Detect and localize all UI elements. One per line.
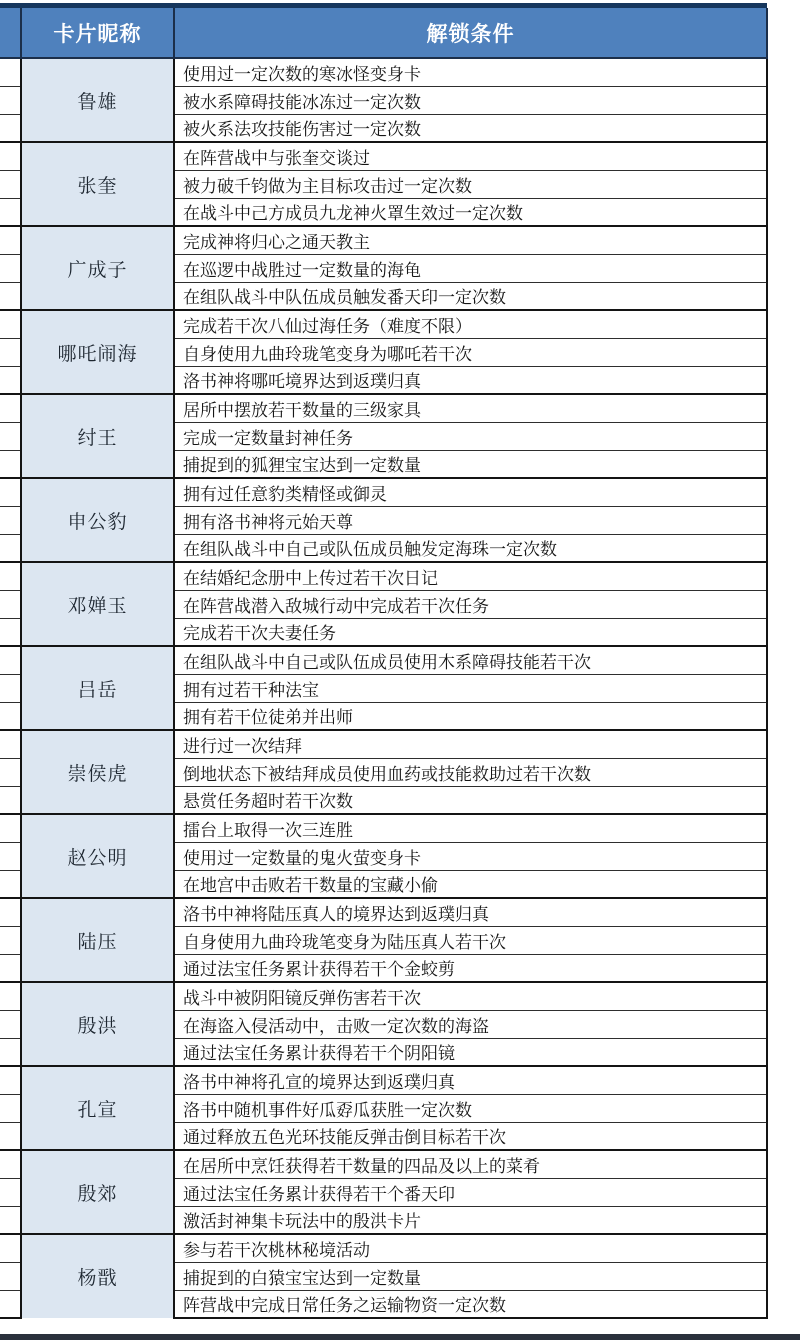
row-number-cell-partial bbox=[0, 170, 21, 198]
row-number-cell-partial bbox=[0, 1178, 21, 1206]
row-number-cell-partial bbox=[0, 674, 21, 702]
unlock-condition-cell: 在阵营战潜入敌城行动中完成若干次任务 bbox=[174, 590, 767, 618]
card-condition-row: 吕岳在组队战斗中自己或队伍成员使用木系障碍技能若干次 bbox=[0, 646, 767, 674]
unlock-condition-cell: 在组队战斗中队伍成员触发番天印一定次数 bbox=[174, 282, 767, 310]
row-number-cell-partial bbox=[0, 450, 21, 478]
unlock-condition-cell: 倒地状态下被结拜成员使用血药或技能救助过若干次数 bbox=[174, 758, 767, 786]
unlock-condition-cell: 通过法宝任务累计获得若干个金蛟剪 bbox=[174, 954, 767, 982]
unlock-condition-cell: 在巡逻中战胜过一定数量的海龟 bbox=[174, 254, 767, 282]
row-number-cell-partial bbox=[0, 1122, 21, 1150]
row-number-cell-partial bbox=[0, 86, 21, 114]
row-number-cell-partial bbox=[0, 870, 21, 898]
row-number-cell-partial bbox=[0, 1234, 21, 1262]
unlock-condition-cell: 捕捉到的白猿宝宝达到一定数量 bbox=[174, 1262, 767, 1290]
row-number-cell-partial bbox=[0, 1010, 21, 1038]
card-name-cell: 殷郊 bbox=[21, 1150, 174, 1234]
unlock-condition-cell: 居所中摆放若干数量的三级家具 bbox=[174, 394, 767, 422]
row-number-cell-partial bbox=[0, 338, 21, 366]
row-number-cell-partial bbox=[0, 394, 21, 422]
unlock-condition-cell: 被火系法攻技能伤害过一定次数 bbox=[174, 114, 767, 142]
row-number-cell-partial bbox=[0, 842, 21, 870]
unlock-condition-cell: 使用过一定数量的鬼火萤变身卡 bbox=[174, 842, 767, 870]
unlock-condition-cell: 通过释放五色光环技能反弹击倒目标若干次 bbox=[174, 1122, 767, 1150]
row-number-cell-partial bbox=[0, 422, 21, 450]
card-name-cell: 张奎 bbox=[21, 142, 174, 226]
unlock-condition-cell: 完成若干次夫妻任务 bbox=[174, 618, 767, 646]
card-name-cell: 广成子 bbox=[21, 226, 174, 310]
row-number-cell-partial bbox=[0, 198, 21, 226]
unlock-condition-cell: 在结婚纪念册中上传过若干次日记 bbox=[174, 562, 767, 590]
card-condition-row: 申公豹拥有过任意豹类精怪或御灵 bbox=[0, 478, 767, 506]
card-condition-row: 崇侯虎进行过一次结拜 bbox=[0, 730, 767, 758]
unlock-condition-cell: 悬赏任务超时若干次数 bbox=[174, 786, 767, 814]
unlock-condition-cell: 拥有洛书神将元始天尊 bbox=[174, 506, 767, 534]
card-condition-row: 杨戬参与若干次桃林秘境活动 bbox=[0, 1234, 767, 1262]
unlock-condition-cell: 参与若干次桃林秘境活动 bbox=[174, 1234, 767, 1262]
unlock-condition-cell: 在地宫中击败若干数量的宝藏小偷 bbox=[174, 870, 767, 898]
row-number-cell-partial bbox=[0, 478, 21, 506]
unlock-condition-cell: 擂台上取得一次三连胜 bbox=[174, 814, 767, 842]
unlock-condition-cell: 洛书中神将孔宣的境界达到返璞归真 bbox=[174, 1066, 767, 1094]
row-number-cell-partial bbox=[0, 814, 21, 842]
table-header-row: 卡片昵称 解锁条件 bbox=[0, 8, 767, 58]
unlock-condition-cell: 在海盗入侵活动中，击败一定次数的海盗 bbox=[174, 1010, 767, 1038]
row-number-cell-partial bbox=[0, 1066, 21, 1094]
card-name-cell: 鲁雄 bbox=[21, 58, 174, 142]
row-number-cell-partial bbox=[0, 506, 21, 534]
unlock-condition-cell: 拥有若干位徒弟并出师 bbox=[174, 702, 767, 730]
card-name-cell: 吕岳 bbox=[21, 646, 174, 730]
card-name-cell: 杨戬 bbox=[21, 1234, 174, 1318]
unlock-condition-cell: 完成神将归心之通天教主 bbox=[174, 226, 767, 254]
row-number-cell-partial bbox=[0, 254, 21, 282]
card-condition-row: 广成子完成神将归心之通天教主 bbox=[0, 226, 767, 254]
row-number-cell-partial bbox=[0, 758, 21, 786]
unlock-condition-cell: 通过法宝任务累计获得若干个阴阳镜 bbox=[174, 1038, 767, 1066]
unlock-condition-cell: 在组队战斗中自己或队伍成员触发定海珠一定次数 bbox=[174, 534, 767, 562]
row-number-cell-partial bbox=[0, 1150, 21, 1178]
card-condition-row: 孔宣洛书中神将孔宣的境界达到返璞归真 bbox=[0, 1066, 767, 1094]
unlock-condition-cell: 拥有过若干种法宝 bbox=[174, 674, 767, 702]
card-unlock-table-wrap: 卡片昵称 解锁条件 鲁雄使用过一定次数的寒冰怪变身卡被水系障碍技能冰冻过一定次数… bbox=[0, 3, 767, 1319]
card-condition-row: 鲁雄使用过一定次数的寒冰怪变身卡 bbox=[0, 58, 767, 86]
card-name-cell: 陆压 bbox=[21, 898, 174, 982]
unlock-condition-cell: 捕捉到的狐狸宝宝达到一定数量 bbox=[174, 450, 767, 478]
card-name-cell: 殷洪 bbox=[21, 982, 174, 1066]
unlock-condition-cell: 进行过一次结拜 bbox=[174, 730, 767, 758]
row-number-cell-partial bbox=[0, 142, 21, 170]
row-number-cell-partial bbox=[0, 926, 21, 954]
unlock-condition-cell: 在战斗中己方成员九龙神火罩生效过一定次数 bbox=[174, 198, 767, 226]
unlock-condition-cell: 战斗中被阴阳镜反弹伤害若干次 bbox=[174, 982, 767, 1010]
unlock-conditions-page: 卡片昵称 解锁条件 鲁雄使用过一定次数的寒冰怪变身卡被水系障碍技能冰冻过一定次数… bbox=[0, 0, 800, 1340]
row-number-cell-partial bbox=[0, 982, 21, 1010]
unlock-condition-cell: 自身使用九曲玲珑笔变身为陆压真人若干次 bbox=[174, 926, 767, 954]
unlock-condition-cell: 被水系障碍技能冰冻过一定次数 bbox=[174, 86, 767, 114]
unlock-condition-cell: 在组队战斗中自己或队伍成员使用木系障碍技能若干次 bbox=[174, 646, 767, 674]
card-name-cell: 邓婵玉 bbox=[21, 562, 174, 646]
card-name-cell: 申公豹 bbox=[21, 478, 174, 562]
row-number-cell-partial bbox=[0, 730, 21, 758]
row-number-cell-partial bbox=[0, 702, 21, 730]
row-number-cell-partial bbox=[0, 1290, 21, 1318]
card-condition-row: 殷郊在居所中烹饪获得若干数量的四品及以上的菜肴 bbox=[0, 1150, 767, 1178]
unlock-condition-cell: 激活封神集卡玩法中的殷洪卡片 bbox=[174, 1206, 767, 1234]
row-number-cell-partial bbox=[0, 282, 21, 310]
card-condition-row: 赵公明擂台上取得一次三连胜 bbox=[0, 814, 767, 842]
card-condition-row: 陆压洛书中神将陆压真人的境界达到返璞归真 bbox=[0, 898, 767, 926]
row-number-cell-partial bbox=[0, 310, 21, 338]
unlock-condition-cell: 通过法宝任务累计获得若干个番天印 bbox=[174, 1178, 767, 1206]
row-number-cell-partial bbox=[0, 954, 21, 982]
next-section-edge bbox=[0, 1334, 800, 1340]
row-number-cell-partial bbox=[0, 114, 21, 142]
unlock-condition-cell: 自身使用九曲玲珑笔变身为哪吒若干次 bbox=[174, 338, 767, 366]
header-cell-partial bbox=[0, 8, 21, 58]
card-name-cell: 孔宣 bbox=[21, 1066, 174, 1150]
unlock-condition-cell: 洛书中随机事件好瓜孬瓜获胜一定次数 bbox=[174, 1094, 767, 1122]
row-number-cell-partial bbox=[0, 646, 21, 674]
card-unlock-table: 卡片昵称 解锁条件 鲁雄使用过一定次数的寒冰怪变身卡被水系障碍技能冰冻过一定次数… bbox=[0, 8, 768, 1319]
row-number-cell-partial bbox=[0, 1094, 21, 1122]
row-number-cell-partial bbox=[0, 590, 21, 618]
row-number-cell-partial bbox=[0, 1206, 21, 1234]
row-number-cell-partial bbox=[0, 618, 21, 646]
card-condition-row: 邓婵玉在结婚纪念册中上传过若干次日记 bbox=[0, 562, 767, 590]
unlock-condition-cell: 完成若干次八仙过海任务（难度不限） bbox=[174, 310, 767, 338]
table-body: 鲁雄使用过一定次数的寒冰怪变身卡被水系障碍技能冰冻过一定次数被火系法攻技能伤害过… bbox=[0, 58, 767, 1318]
unlock-condition-cell: 阵营战中完成日常任务之运输物资一定次数 bbox=[174, 1290, 767, 1318]
row-number-cell-partial bbox=[0, 226, 21, 254]
row-number-cell-partial bbox=[0, 534, 21, 562]
card-condition-row: 纣王居所中摆放若干数量的三级家具 bbox=[0, 394, 767, 422]
row-number-cell-partial bbox=[0, 1038, 21, 1066]
row-number-cell-partial bbox=[0, 366, 21, 394]
unlock-condition-cell: 在阵营战中与张奎交谈过 bbox=[174, 142, 767, 170]
unlock-condition-cell: 使用过一定次数的寒冰怪变身卡 bbox=[174, 58, 767, 86]
card-condition-row: 张奎在阵营战中与张奎交谈过 bbox=[0, 142, 767, 170]
card-name-cell: 赵公明 bbox=[21, 814, 174, 898]
unlock-condition-cell: 完成一定数量封神任务 bbox=[174, 422, 767, 450]
unlock-condition-cell: 洛书中神将陆压真人的境界达到返璞归真 bbox=[174, 898, 767, 926]
unlock-condition-cell: 在居所中烹饪获得若干数量的四品及以上的菜肴 bbox=[174, 1150, 767, 1178]
unlock-condition-cell: 拥有过任意豹类精怪或御灵 bbox=[174, 478, 767, 506]
card-condition-row: 哪吒闹海完成若干次八仙过海任务（难度不限） bbox=[0, 310, 767, 338]
row-number-cell-partial bbox=[0, 562, 21, 590]
card-name-cell: 哪吒闹海 bbox=[21, 310, 174, 394]
header-cell-unlock-condition: 解锁条件 bbox=[174, 8, 767, 58]
header-cell-card-nickname: 卡片昵称 bbox=[21, 8, 174, 58]
card-condition-row: 殷洪战斗中被阴阳镜反弹伤害若干次 bbox=[0, 982, 767, 1010]
row-number-cell-partial bbox=[0, 898, 21, 926]
row-number-cell-partial bbox=[0, 58, 21, 86]
card-name-cell: 崇侯虎 bbox=[21, 730, 174, 814]
card-name-cell: 纣王 bbox=[21, 394, 174, 478]
unlock-condition-cell: 被力破千钧做为主目标攻击过一定次数 bbox=[174, 170, 767, 198]
row-number-cell-partial bbox=[0, 1262, 21, 1290]
unlock-condition-cell: 洛书神将哪吒境界达到返璞归真 bbox=[174, 366, 767, 394]
row-number-cell-partial bbox=[0, 786, 21, 814]
